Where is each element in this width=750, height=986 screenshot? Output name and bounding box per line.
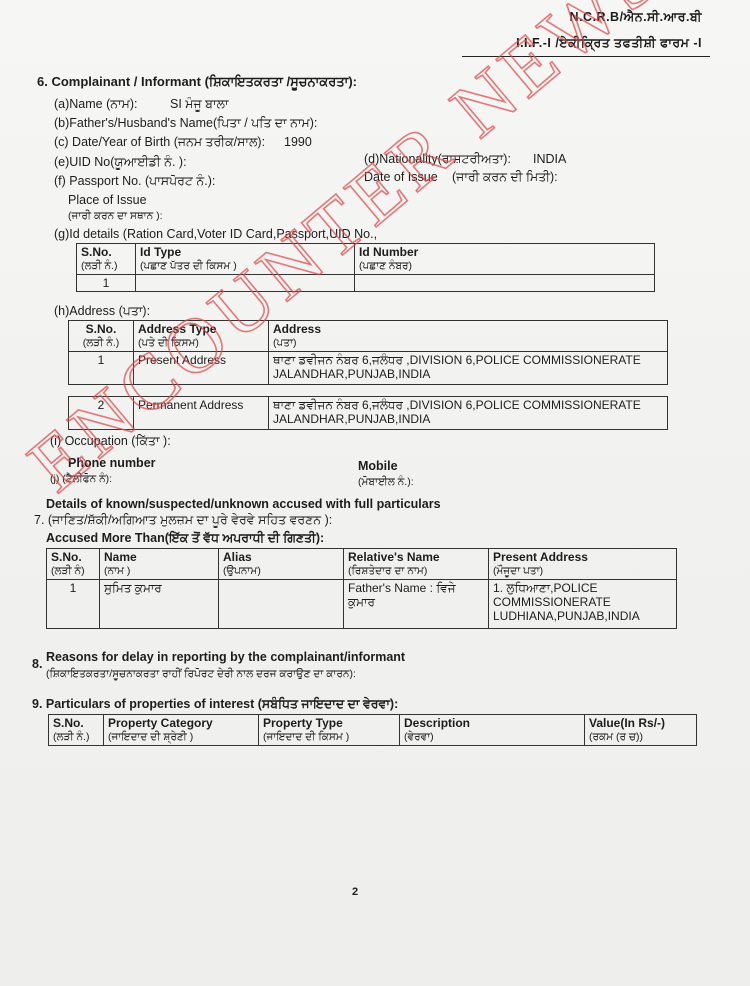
place-issue-sub: (ਜਾਰੀ ਕਰਨ ਦਾ ਸਥਾਨ ): — [68, 210, 163, 223]
property-table: S.No. (ਲੜੀ ਨੰ.) Property Category (ਜਾਇਦਾ… — [48, 714, 697, 746]
header-form-title: I.I.F.-I /ਏਕੀਕ੍ਰਿਤ ਤਫਤੀਸ਼ੀ ਫਾਰਮ -I — [516, 36, 702, 51]
accused-header-relative: Relative's Name (ਰਿਸ਼ਤੇਦਾਰ ਦਾ ਨਾਮ) — [344, 549, 489, 580]
table-row: 1 Present Address ਥਾਣਾ ਡਵੀਜਨ ਨੰਬਰ 6,ਜਲੰਧ… — [69, 352, 668, 385]
accused-header-sno: S.No. (ਲੜੀ ਨੰ) — [47, 549, 100, 580]
accused-more-label: Accused More Than(ਇੱਕ ਤੋਂ ਵੱਧ ਅਪਰਾਧੀ ਦੀ … — [46, 531, 324, 546]
header-ncrb: N.C.R.B/ਐਨ.ਸੀ.ਆਰ.ਬੀ — [570, 10, 702, 25]
section-9-title: 9. Particulars of properties of interest… — [32, 697, 398, 712]
id-details-table: S.No. (ਲੜੀ ਨੰ.) Id Type (ਪਛਾਣ ਪੱਤਰ ਦੀ ਕਿ… — [76, 243, 655, 292]
id-details-label: (g)Id details (Ration Card,Voter ID Card… — [54, 227, 377, 241]
accused-intro: Details of known/suspected/unknown accus… — [46, 497, 441, 511]
address-table: S.No. (ਲੜੀ ਨੰ.) Address Type (ਪਤੇ ਦੀ ਕਿਸ… — [68, 320, 668, 385]
address-label: (h)Address (ਪਤਾ): — [54, 304, 150, 319]
phone-label: Phone number — [68, 456, 156, 470]
property-header-type: Property Type (ਜਾਇਦਾਦ ਦੀ ਕਿਸਮ ) — [259, 715, 400, 746]
passport-label: (f) Passport No. (ਪਾਸਪੋਰਟ ਨੰ.): — [54, 174, 215, 189]
id-header-sno: S.No. (ਲੜੀ ਨੰ.) — [77, 244, 136, 275]
property-header-value: Value(In Rs/-) (ਰਕਮ (ਰ ਚ)) — [585, 715, 697, 746]
section-7-title: 7. (ਜਾਣਿਤ/ਸ਼ੱਕੀ/ਅਗਿਆਤ ਮੁਲਜ਼ਮ ਦਾ ਪੂਰੇ ਵੇਰ… — [34, 513, 332, 528]
table-row: 1 ਸੁਮਿਤ ਕੁਮਾਰ Father's Name : ਵਿਜੇ ਕੁਮਾਰ… — [47, 580, 677, 629]
uid-label: (e)UID No(ਯੂਆਈਡੀ ਨੰ. ): — [54, 155, 187, 170]
address-header-type: Address Type (ਪਤੇ ਦੀ ਕਿਸਮ) — [134, 321, 269, 352]
accused-table: S.No. (ਲੜੀ ਨੰ) Name (ਨਾਮ ) Alias (ਉਪਨਾਮ)… — [46, 548, 677, 629]
header-divider — [462, 56, 710, 57]
document-page: N.C.R.B/ਐਨ.ਸੀ.ਆਰ.ਬੀ I.I.F.-I /ਏਕੀਕ੍ਰਿਤ ਤ… — [0, 0, 750, 986]
address-header-address: Address (ਪਤਾ) — [269, 321, 668, 352]
dob-label: (c) Date/Year of Birth (ਜਨਮ ਤਰੀਕ/ਸਾਲ): — [54, 135, 265, 150]
section-6-title: 6. Complainant / Informant (ਸ਼ਿਕਾਇਤਕਰਤਾ … — [37, 74, 357, 90]
section-8-title: Reasons for delay in reporting by the co… — [46, 650, 405, 664]
property-header-description: Description (ਵੇਰਵਾ) — [400, 715, 585, 746]
page-number: 2 — [352, 886, 358, 898]
mobile-sub: (ਮੋਬਾਈਲ ਨੰ.): — [358, 476, 414, 489]
section-8-sub: (ਸ਼ਿਕਾਇਤਕਰਤਾ/ਸੂਚਨਾਕਰਤਾ ਰਾਹੀਂ ਰਿਪੋਰਟ ਦੇਰੀ… — [46, 668, 356, 681]
occupation-label: (i) Occupation (ਕਿੱਤਾ ): — [50, 434, 171, 449]
date-issue-label: Date of Issue — [364, 170, 438, 184]
mobile-label: Mobile — [358, 459, 398, 473]
date-issue-sub: (ਜਾਰੀ ਕਰਨ ਦੀ ਮਿਤੀ): — [452, 170, 558, 185]
accused-header-alias: Alias (ਉਪਨਾਮ) — [219, 549, 344, 580]
place-issue-label: Place of Issue — [68, 193, 147, 207]
accused-header-address: Present Address (ਮੌਜੂਦਾ ਪਤਾ) — [489, 549, 677, 580]
address-header-sno: S.No. (ਲੜੀ ਨੰ.) — [69, 321, 134, 352]
phone-sub: (j) (ਟੈਲੀਫੋਨ ਨੰ): — [50, 473, 112, 486]
id-header-number: Id Number (ਪਛਾਣ ਨੰਬਰ) — [355, 244, 655, 275]
nationality-value: INDIA — [533, 152, 566, 166]
id-header-type: Id Type (ਪਛਾਣ ਪੱਤਰ ਦੀ ਕਿਸਮ ) — [136, 244, 355, 275]
dob-value: 1990 — [284, 135, 312, 149]
section-8-number: 8. — [32, 657, 42, 671]
table-row: 1 — [77, 275, 655, 292]
property-header-category: Property Category (ਜਾਇਦਾਦ ਦੀ ਸ਼੍ਰੇਣੀ ) — [104, 715, 259, 746]
address-table-permanent: 2 Permanent Address ਥਾਣਾ ਡਵੀਜਨ ਨੰਬਰ 6,ਜਲ… — [68, 396, 668, 430]
table-row: 2 Permanent Address ਥਾਣਾ ਡਵੀਜਨ ਨੰਬਰ 6,ਜਲ… — [69, 397, 668, 430]
complainant-name-label: (a)Name (ਨਾਮ): — [54, 97, 138, 112]
nationality-label: (d)Nationality(ਰਾਸ਼ਟਰੀਅਤਾ): — [364, 152, 511, 167]
father-name-label: (b)Father's/Husband's Name(ਪਿਤਾ / ਪਤਿ ਦਾ… — [54, 116, 317, 131]
complainant-name-value: SI ਮੰਜੂ ਬਾਲਾ — [170, 97, 229, 112]
accused-header-name: Name (ਨਾਮ ) — [100, 549, 219, 580]
property-header-sno: S.No. (ਲੜੀ ਨੰ.) — [49, 715, 104, 746]
